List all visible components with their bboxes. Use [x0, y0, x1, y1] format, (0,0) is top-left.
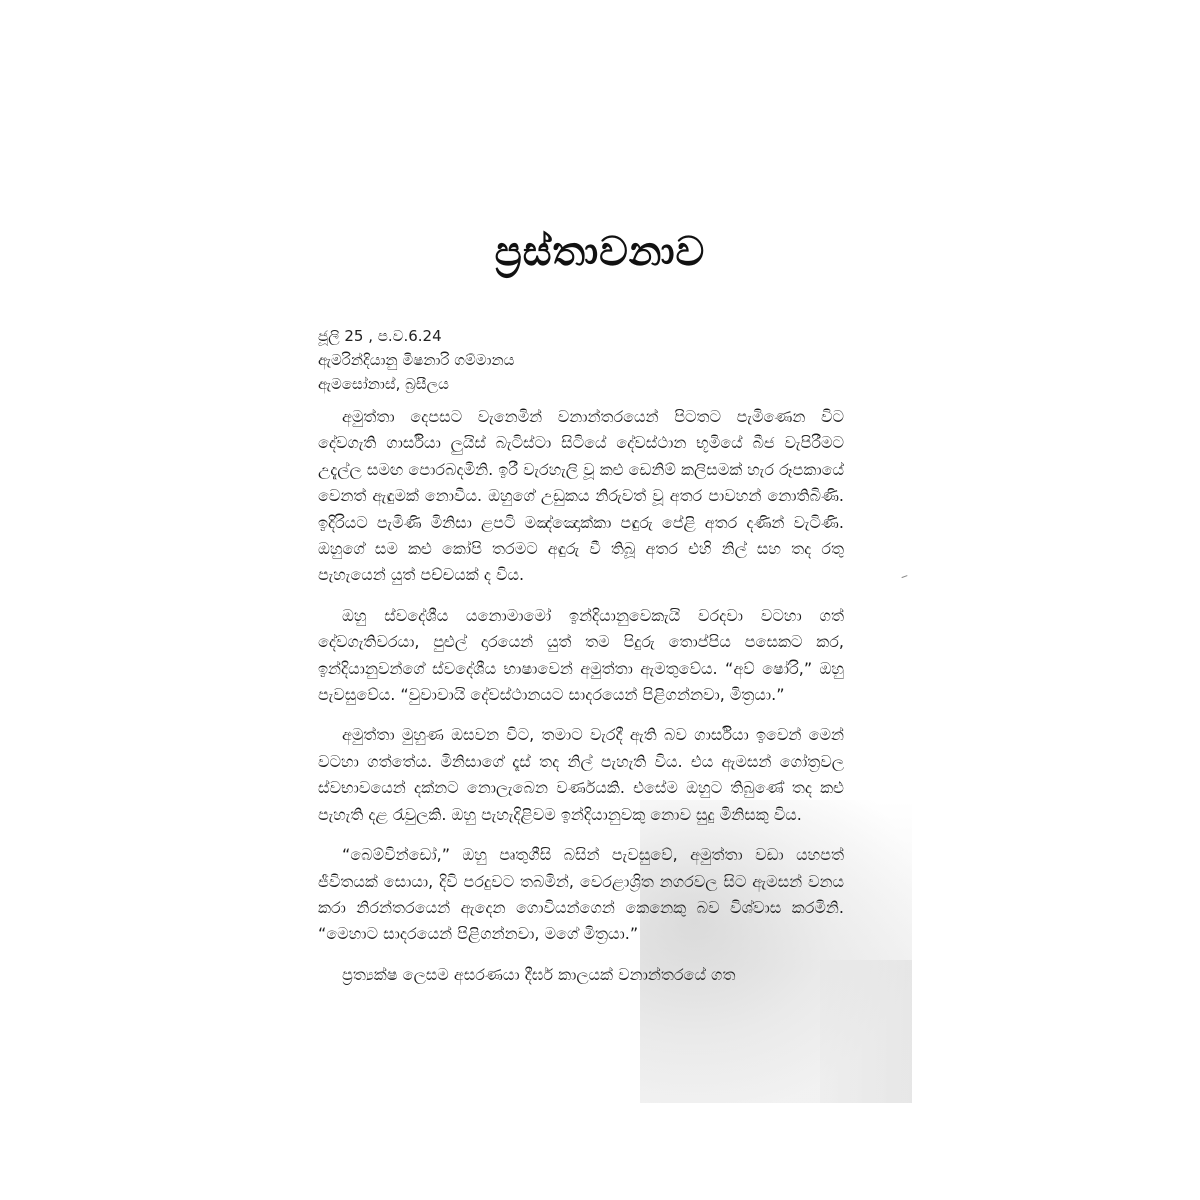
scanned-book-page: ප්‍රස්තාවනාව ජූලි 25 , ප.ව.6.24 ඇමරින්දි… [0, 0, 1200, 1200]
dateline-date: ජූලි 25 , ප.ව.6.24 [318, 324, 514, 348]
page-title: ප්‍රස්තාවනාව [0, 228, 1200, 275]
paragraph: ප්‍රත්‍යක්ෂ ලෙසම අසරණයා දීර්ඝ කාලයක් වනා… [318, 962, 844, 988]
paragraph: අමුත්තා දෙපසට වැනෙමින් වනාන්තරයෙන් පිටතට… [318, 404, 844, 589]
scan-speck [901, 575, 908, 581]
paragraph: අමුත්තා මුහුණ ඔසවන විට, තමාට වැරදී ඇති බ… [318, 722, 844, 828]
body-text: අමුත්තා දෙපසට වැනෙමින් වනාන්තරයෙන් පිටතට… [318, 404, 844, 1002]
paragraph: ඔහු ස්වදේශීය යනොමාමෝ ඉන්දියානුවෙකැයි වරද… [318, 603, 844, 709]
dateline-place: ඇමරින්දියානු මිෂනාරි ගම්මානය [318, 348, 514, 372]
dateline-block: ජූලි 25 , ප.ව.6.24 ඇමරින්දියානු මිෂනාරි … [318, 324, 514, 396]
paragraph: “බෙම්වින්ඩෝ,” ඔහු පෘතුගීසි බසින් පැවසුවේ… [318, 842, 844, 948]
dateline-region: ඇමසෝනාස්, බ්‍රසීලය [318, 372, 514, 396]
